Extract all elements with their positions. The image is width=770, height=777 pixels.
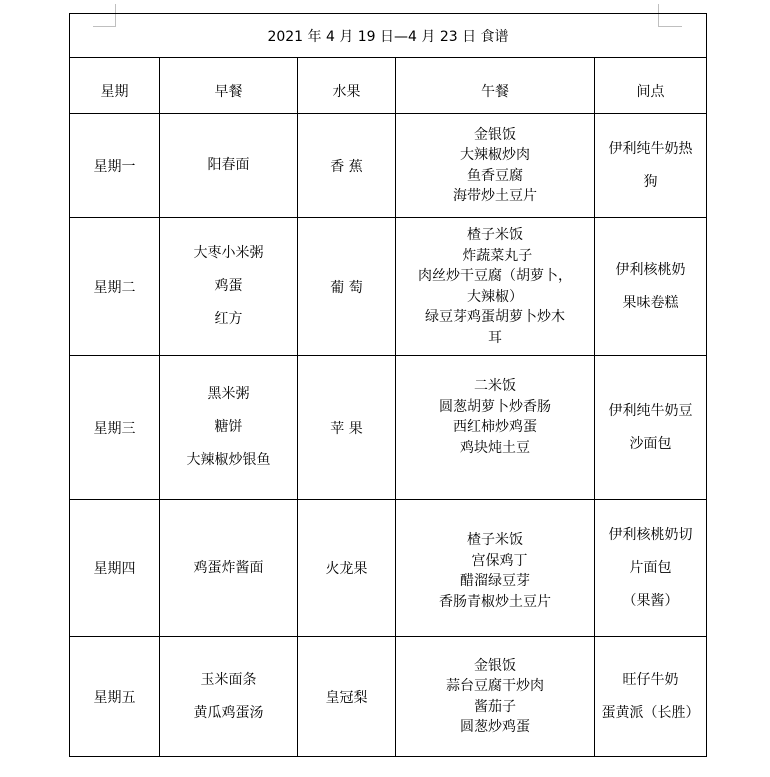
lunch-item: 大辣椒） bbox=[396, 287, 594, 308]
breakfast-item: 鸡蛋 bbox=[160, 270, 297, 303]
table-row: 星期四 鸡蛋炸酱面 火龙果 楂子米饭 宫保鸡丁 醋溜绿豆芽 香肠青椒炒土豆片 伊… bbox=[70, 500, 707, 637]
day-cell: 星期四 bbox=[70, 500, 160, 637]
lunch-item: 金银饭 bbox=[396, 125, 594, 146]
header-breakfast: 早餐 bbox=[160, 58, 298, 114]
breakfast-item: 鸡蛋炸酱面 bbox=[160, 552, 297, 585]
snack-item: 旺仔牛奶 bbox=[595, 664, 706, 697]
snack-item: 片面包 bbox=[595, 552, 706, 585]
snack-item: 伊利核桃奶 bbox=[595, 254, 706, 287]
lunch-item: 宫保鸡丁 bbox=[396, 551, 594, 572]
lunch-item: 大辣椒炒肉 bbox=[396, 145, 594, 166]
fruit-cell: 葡 萄 bbox=[298, 218, 396, 356]
lunch-item: 绿豆芽鸡蛋胡萝卜炒木 bbox=[396, 307, 594, 328]
lunch-item: 鱼香豆腐 bbox=[396, 166, 594, 187]
snack-item: 沙面包 bbox=[595, 428, 706, 461]
breakfast-item: 大辣椒炒银鱼 bbox=[160, 444, 297, 477]
title-row: 2021 年 4 月 19 日—4 月 23 日 食谱 bbox=[70, 14, 707, 58]
lunch-item: 海带炒土豆片 bbox=[396, 186, 594, 207]
snack-item: 蛋黄派（长胜） bbox=[595, 697, 706, 730]
header-row: 星期 早餐 水果 午餐 间点 bbox=[70, 58, 707, 114]
breakfast-cell: 鸡蛋炸酱面 bbox=[160, 500, 298, 637]
header-fruit: 水果 bbox=[298, 58, 396, 114]
lunch-item: 西红柿炒鸡蛋 bbox=[396, 417, 594, 438]
snack-cell: 伊利核桃奶切 片面包 （果酱） bbox=[595, 500, 707, 637]
table-row: 星期二 大枣小米粥 鸡蛋 红方 葡 萄 楂子米饭 炸蔬菜丸子 肉丝炒干豆腐（胡萝… bbox=[70, 218, 707, 356]
fruit-cell: 火龙果 bbox=[298, 500, 396, 637]
snack-item: 果味卷糕 bbox=[595, 287, 706, 320]
fruit-cell: 香 蕉 bbox=[298, 114, 396, 218]
lunch-item: 炸蔬菜丸子 bbox=[396, 246, 594, 267]
day-cell: 星期五 bbox=[70, 637, 160, 757]
breakfast-item: 阳春面 bbox=[160, 149, 297, 182]
snack-item: 伊利纯牛奶热 bbox=[595, 133, 706, 166]
lunch-item: 耳 bbox=[396, 328, 594, 349]
header-snack: 间点 bbox=[595, 58, 707, 114]
lunch-cell: 楂子米饭 炸蔬菜丸子 肉丝炒干豆腐（胡萝卜， 大辣椒） 绿豆芽鸡蛋胡萝卜炒木 耳 bbox=[396, 218, 595, 356]
lunch-item: 楂子米饭 bbox=[396, 530, 594, 551]
day-cell: 星期一 bbox=[70, 114, 160, 218]
snack-cell: 伊利纯牛奶热 狗 bbox=[595, 114, 707, 218]
snack-cell: 伊利纯牛奶豆 沙面包 bbox=[595, 356, 707, 500]
breakfast-item: 黑米粥 bbox=[160, 378, 297, 411]
lunch-item: 酱茄子 bbox=[396, 697, 594, 718]
lunch-item: 二米饭 bbox=[396, 376, 594, 397]
table-title: 2021 年 4 月 19 日—4 月 23 日 食谱 bbox=[70, 14, 707, 58]
breakfast-cell: 阳春面 bbox=[160, 114, 298, 218]
lunch-item: 香肠青椒炒土豆片 bbox=[396, 592, 594, 613]
lunch-item: 醋溜绿豆芽 bbox=[396, 571, 594, 592]
breakfast-cell: 玉米面条 黄瓜鸡蛋汤 bbox=[160, 637, 298, 757]
snack-item: 伊利纯牛奶豆 bbox=[595, 395, 706, 428]
table-row: 星期五 玉米面条 黄瓜鸡蛋汤 皇冠梨 金银饭 蒜台豆腐干炒肉 酱茄子 圆葱炒鸡蛋… bbox=[70, 637, 707, 757]
breakfast-item: 玉米面条 bbox=[160, 664, 297, 697]
lunch-item: 鸡块炖土豆 bbox=[396, 438, 594, 459]
lunch-item: 楂子米饭 bbox=[396, 225, 594, 246]
table-row: 星期一 阳春面 香 蕉 金银饭 大辣椒炒肉 鱼香豆腐 海带炒土豆片 伊利纯牛奶热… bbox=[70, 114, 707, 218]
snack-cell: 伊利核桃奶 果味卷糕 bbox=[595, 218, 707, 356]
breakfast-item: 糖饼 bbox=[160, 411, 297, 444]
lunch-item: 肉丝炒干豆腐（胡萝卜， bbox=[396, 266, 594, 287]
breakfast-item: 黄瓜鸡蛋汤 bbox=[160, 697, 297, 730]
snack-item: 伊利核桃奶切 bbox=[595, 519, 706, 552]
snack-item: （果酱） bbox=[595, 585, 706, 618]
snack-item: 狗 bbox=[595, 166, 706, 199]
breakfast-item: 大枣小米粥 bbox=[160, 237, 297, 270]
lunch-item: 圆葱炒鸡蛋 bbox=[396, 717, 594, 738]
day-cell: 星期三 bbox=[70, 356, 160, 500]
fruit-cell: 苹 果 bbox=[298, 356, 396, 500]
lunch-item: 金银饭 bbox=[396, 656, 594, 677]
lunch-cell: 金银饭 蒜台豆腐干炒肉 酱茄子 圆葱炒鸡蛋 bbox=[396, 637, 595, 757]
lunch-cell: 金银饭 大辣椒炒肉 鱼香豆腐 海带炒土豆片 bbox=[396, 114, 595, 218]
breakfast-item: 红方 bbox=[160, 303, 297, 336]
menu-table: 2021 年 4 月 19 日—4 月 23 日 食谱 星期 早餐 水果 午餐 … bbox=[69, 13, 707, 757]
lunch-item: 圆葱胡萝卜炒香肠 bbox=[396, 397, 594, 418]
breakfast-cell: 大枣小米粥 鸡蛋 红方 bbox=[160, 218, 298, 356]
header-lunch: 午餐 bbox=[396, 58, 595, 114]
breakfast-cell: 黑米粥 糖饼 大辣椒炒银鱼 bbox=[160, 356, 298, 500]
lunch-cell: 楂子米饭 宫保鸡丁 醋溜绿豆芽 香肠青椒炒土豆片 bbox=[396, 500, 595, 637]
fruit-cell: 皇冠梨 bbox=[298, 637, 396, 757]
lunch-cell: 二米饭 圆葱胡萝卜炒香肠 西红柿炒鸡蛋 鸡块炖土豆 bbox=[396, 356, 595, 500]
day-cell: 星期二 bbox=[70, 218, 160, 356]
header-day: 星期 bbox=[70, 58, 160, 114]
snack-cell: 旺仔牛奶 蛋黄派（长胜） bbox=[595, 637, 707, 757]
table-row: 星期三 黑米粥 糖饼 大辣椒炒银鱼 苹 果 二米饭 圆葱胡萝卜炒香肠 西红柿炒鸡… bbox=[70, 356, 707, 500]
lunch-item: 蒜台豆腐干炒肉 bbox=[396, 676, 594, 697]
